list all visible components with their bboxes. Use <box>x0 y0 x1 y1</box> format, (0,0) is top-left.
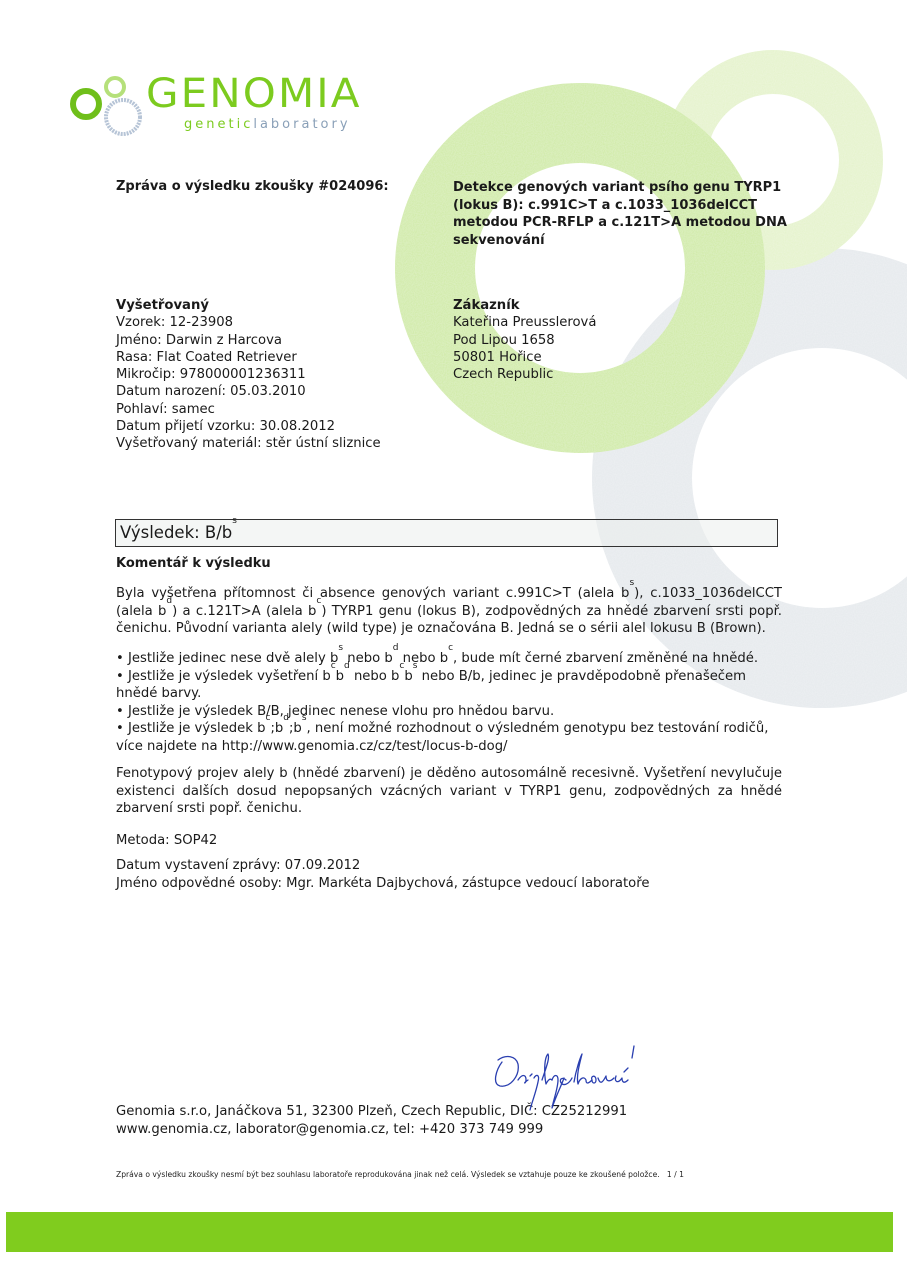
allele-superscript: s <box>629 578 634 588</box>
report-title: Zpráva o výsledku zkoušky #024096: <box>116 179 389 194</box>
customer-heading: Zákazník <box>453 297 596 314</box>
examined-received-date: Datum přijetí vzorku: 30.08.2012 <box>116 418 381 435</box>
bullet-item: • Jestliže je výsledek vyšetření bcbd ne… <box>116 668 782 703</box>
allele-superscript: d <box>283 713 289 723</box>
footer-green-bar <box>6 1212 893 1252</box>
customer-section: Zákazník Kateřina Preusslerová Pod Lipou… <box>453 297 596 383</box>
allele-superscript: s <box>413 661 418 671</box>
allele-superscript: c <box>265 713 270 723</box>
company-contact: www.genomia.cz, laborator@genomia.cz, te… <box>116 1121 627 1139</box>
examined-name: Jméno: Darwin z Harcova <box>116 332 381 349</box>
result-box: Výsledek: B/bs <box>115 519 778 547</box>
allele-superscript: c <box>399 661 404 671</box>
signature-icon <box>488 1040 638 1115</box>
issue-section: Datum vystavení zprávy: 07.09.2012 Jméno… <box>116 857 649 892</box>
genomia-logo-icon <box>66 70 150 150</box>
examined-microchip: Mikročip: 978000001236311 <box>116 366 381 383</box>
result-label: Výsledek: B/b <box>120 523 232 542</box>
method-line: Metoda: SOP42 <box>116 833 217 848</box>
tagline-laboratory: laboratory <box>253 117 350 132</box>
customer-country: Czech Republic <box>453 366 596 383</box>
bullet-item: • Jestliže je výsledek B/B, jedinec nene… <box>116 703 782 721</box>
bullet-item: • Jestliže je výsledek bc;bd;bs, není mo… <box>116 720 782 755</box>
allele-superscript: s <box>302 713 307 723</box>
allele-superscript: s <box>338 643 343 653</box>
test-title: Detekce genových variant psího genu TYRP… <box>453 179 793 249</box>
bullet-item: • Jestliže jedinec nese dvě alely bs neb… <box>116 650 782 668</box>
allele-superscript: d <box>344 661 350 671</box>
examined-section: Vyšetřovaný Vzorek: 12-23908 Jméno: Darw… <box>116 297 381 453</box>
examined-birth-date: Datum narození: 05.03.2010 <box>116 383 381 400</box>
responsible-person: Jméno odpovědné osoby: Mgr. Markéta Dajb… <box>116 875 649 893</box>
allele-superscript: d <box>393 643 399 653</box>
disclaimer-line: Zpráva o výsledku zkoušky nesmí být bez … <box>116 1170 684 1179</box>
tagline-genetic: genetic <box>184 117 253 132</box>
allele-superscript: c <box>331 661 336 671</box>
brand-tagline: geneticlaboratory <box>184 118 351 131</box>
allele-superscript: c <box>448 643 453 653</box>
customer-city: 50801 Hořice <box>453 349 596 366</box>
customer-street: Pod Lipou 1658 <box>453 332 596 349</box>
examined-sample: Vzorek: 12-23908 <box>116 314 381 331</box>
issue-date: Datum vystavení zprávy: 07.09.2012 <box>116 857 649 875</box>
examined-material: Vyšetřovaný materiál: stěr ústní sliznic… <box>116 435 381 452</box>
result-value: Výsledek: B/bs <box>120 523 237 543</box>
customer-name: Kateřina Preusslerová <box>453 314 596 331</box>
examined-sex: Pohlaví: samec <box>116 401 381 418</box>
page-number: 1 / 1 <box>667 1170 684 1179</box>
allele-superscript: c <box>316 596 321 606</box>
comment-heading: Komentář k výsledku <box>116 556 271 571</box>
allele-superscript: d <box>166 596 172 606</box>
brand-name: GENOMIA <box>146 74 362 114</box>
comment-paragraph-1: Byla vyšetřena přítomnost či absence gen… <box>116 585 782 638</box>
comment-bullets: • Jestliže jedinec nese dvě alely bs neb… <box>116 650 782 755</box>
examined-breed: Rasa: Flat Coated Retriever <box>116 349 381 366</box>
comment-paragraph-2: Fenotypový projev alely b (hnědé zbarven… <box>116 765 782 818</box>
examined-heading: Vyšetřovaný <box>116 297 381 314</box>
disclaimer-text: Zpráva o výsledku zkoušky nesmí být bez … <box>116 1170 660 1179</box>
result-superscript: s <box>232 516 237 526</box>
